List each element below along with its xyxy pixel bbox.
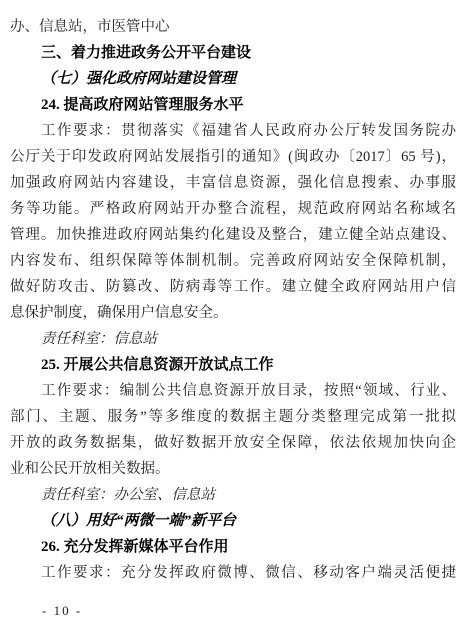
text-line: 办、信息站，市医管中心 — [10, 14, 456, 40]
page-number: - 10 - — [0, 602, 464, 620]
text-line: 业和公民开放相关数据。 — [10, 456, 456, 482]
text-line: 工作要求：编制公共信息资源开放目录，按照“领域、行业、 — [10, 378, 456, 404]
text-line: 息保护制度，确保用户信息安全。 — [10, 300, 456, 326]
text-line: 内容发布、组织保障等体制机制。完善政府网站安全保障机制， — [10, 248, 456, 274]
text-line: （七）强化政府网站建设管理 — [10, 66, 456, 92]
text-line: 工作要求：贯彻落实《福建省人民政府办公厅转发国务院办 — [10, 118, 456, 144]
text-line: 做好防攻击、防篡改、防病毒等工作。建立健全政府网站用户信 — [10, 274, 456, 300]
text-line: （八）用好“两微一端”新平台 — [10, 508, 456, 534]
text-line: 开放的政务数据集，做好数据开放安全保障，依法依规加快向企 — [10, 430, 456, 456]
text-line: 三、着力推进政务公开平台建设 — [10, 40, 456, 66]
text-line: 公厅关于印发政府网站发展指引的通知》(闽政办〔2017〕65 号)， — [10, 144, 456, 170]
text-line: 26. 充分发挥新媒体平台作用 — [10, 534, 456, 560]
text-line: 加强政府网站内容建设，丰富信息资源，强化信息搜索、办事服 — [10, 170, 456, 196]
text-line: 务等功能。严格政府网站开办整合流程，规范政府网站名称域名 — [10, 196, 456, 222]
document-page: 办、信息站，市医管中心三、着力推进政务公开平台建设（七）强化政府网站建设管理24… — [0, 0, 464, 637]
text-line: 部门、主题、服务”等多维度的数据主题分类整理完成第一批拟 — [10, 404, 456, 430]
text-line: 工作要求：充分发挥政府微博、微信、移动客户端灵活便捷 — [10, 560, 456, 586]
text-line: 责任科室：信息站 — [10, 326, 456, 352]
text-line: 25. 开展公共信息资源开放试点工作 — [10, 352, 456, 378]
text-line: 管理。加快推进政府网站集约化建设及整合，建立健全站点建设、 — [10, 222, 456, 248]
text-line: 责任科室：办公室、信息站 — [10, 482, 456, 508]
text-line: 24. 提高政府网站管理服务水平 — [10, 92, 456, 118]
document-body: 办、信息站，市医管中心三、着力推进政务公开平台建设（七）强化政府网站建设管理24… — [0, 0, 464, 586]
